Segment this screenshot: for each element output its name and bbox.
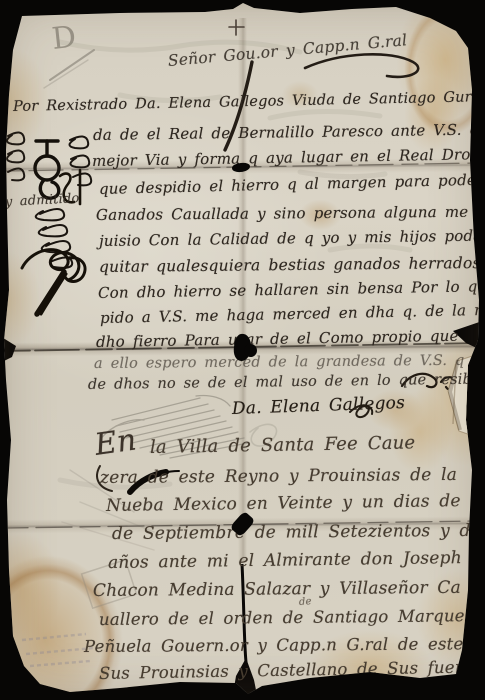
petition-line: Por Rexistrado Da. Elena Gallegos Viuda …: [13, 88, 485, 115]
petition-end-rubric-icon: [402, 374, 457, 390]
petition-line: Ganados Cauallada y sino persona alguna …: [96, 202, 485, 224]
en-initial-swash: [97, 466, 112, 491]
petition-line: Con dho hierro se hallaren sin bensa Por…: [98, 277, 485, 302]
petition-line: quitar qualesquiera bestias ganados herr…: [99, 254, 481, 276]
margin-rubric: [60, 170, 80, 204]
brand-mark-icon: [35, 141, 59, 198]
photo-backdrop: D Señor Gou.or y Capp.n G.ral y admitido…: [0, 0, 485, 700]
fold-crease-middle: [0, 339, 485, 356]
stamp-ghost: [22, 634, 94, 666]
decree-line: años ante mi el Almirante don Joseph: [108, 548, 462, 573]
fold-crease-top: [0, 158, 485, 176]
bottom-tear: [232, 564, 258, 700]
verso-showthrough: [0, 0, 485, 700]
torn-edge-flap-icon: [448, 352, 485, 440]
pencil-marks: [0, 0, 485, 700]
fold-hole-icon: [244, 344, 257, 357]
ink-flourishes: [0, 0, 485, 700]
signature-rubric-icon: [350, 405, 372, 417]
decree-line: Nueba Mexico en Veinte y un dias de el m…: [106, 490, 485, 516]
invocation-cross-icon: [229, 20, 244, 35]
salutation-swash: [225, 54, 418, 150]
decree-initial: En: [93, 422, 139, 462]
paper-sheet: D Señor Gou.or y Capp.n G.ral y admitido…: [0, 0, 485, 700]
admission-note: y admitido: [5, 191, 80, 210]
decree-line: Sus Prouinsias y Castellano de Sus fuers…: [99, 657, 485, 683]
petition-line: que despidio el hierro q al margen para …: [99, 169, 485, 198]
petition-line: pido a V.S. me haga merced en dha q. de …: [100, 301, 485, 327]
edge-tears: [0, 320, 485, 543]
petition-line: de dhos no se de el mal uso de en lo que…: [88, 371, 485, 393]
pencil-strike: [44, 50, 94, 88]
pencil-hatch: [100, 395, 248, 458]
spiral-doodle-icons: [7, 132, 91, 267]
decree-line: Peñuela Gouern.or y Capp.n G.ral de este…: [84, 634, 485, 656]
decree-line: uallero de el orden de Santiago Marques …: [99, 606, 485, 629]
fold-hole-icon: [232, 162, 251, 172]
petition-line: dho fierro Para usar de el Como propio q…: [96, 327, 459, 351]
decree-line: de Septiembre de mill Setezientos y doze: [112, 521, 485, 544]
interlined-word: de: [299, 596, 312, 608]
fold-hole-icon: [230, 511, 256, 537]
decree-line: zera de este Reyno y Prouinsias de la: [100, 465, 457, 488]
heavy-ink-stroke: [130, 471, 179, 492]
decree-line: la Villa de Santa Fee Caue: [150, 432, 416, 458]
petition-line: a ello espero merced de la grandesa de V…: [94, 353, 465, 372]
fold-crease-bottom: [0, 516, 485, 533]
fold-hole-icon: [232, 333, 253, 362]
grand-rubric-icon: [22, 250, 85, 314]
pencil-letter: D: [50, 20, 78, 57]
vertical-fold: [238, 18, 247, 563]
crease-ink-lines: [4, 163, 480, 528]
signature-line: Da. Elena Gallegos: [232, 393, 406, 419]
petition-line: da de el Real de Bernalillo Paresco ante…: [93, 120, 485, 144]
petition-line: juisio Con la Calidad de q yo y mis hijo…: [99, 226, 485, 250]
salutation: Señor Gou.or y Capp.n G.ral: [167, 31, 408, 70]
pencil-scribble: [62, 424, 277, 608]
decree-line: Chacon Medina Salazar y Villaseñor Ca: [93, 578, 461, 601]
petition-line: mejor Via y forma q aya lugar en el Real…: [92, 144, 485, 170]
